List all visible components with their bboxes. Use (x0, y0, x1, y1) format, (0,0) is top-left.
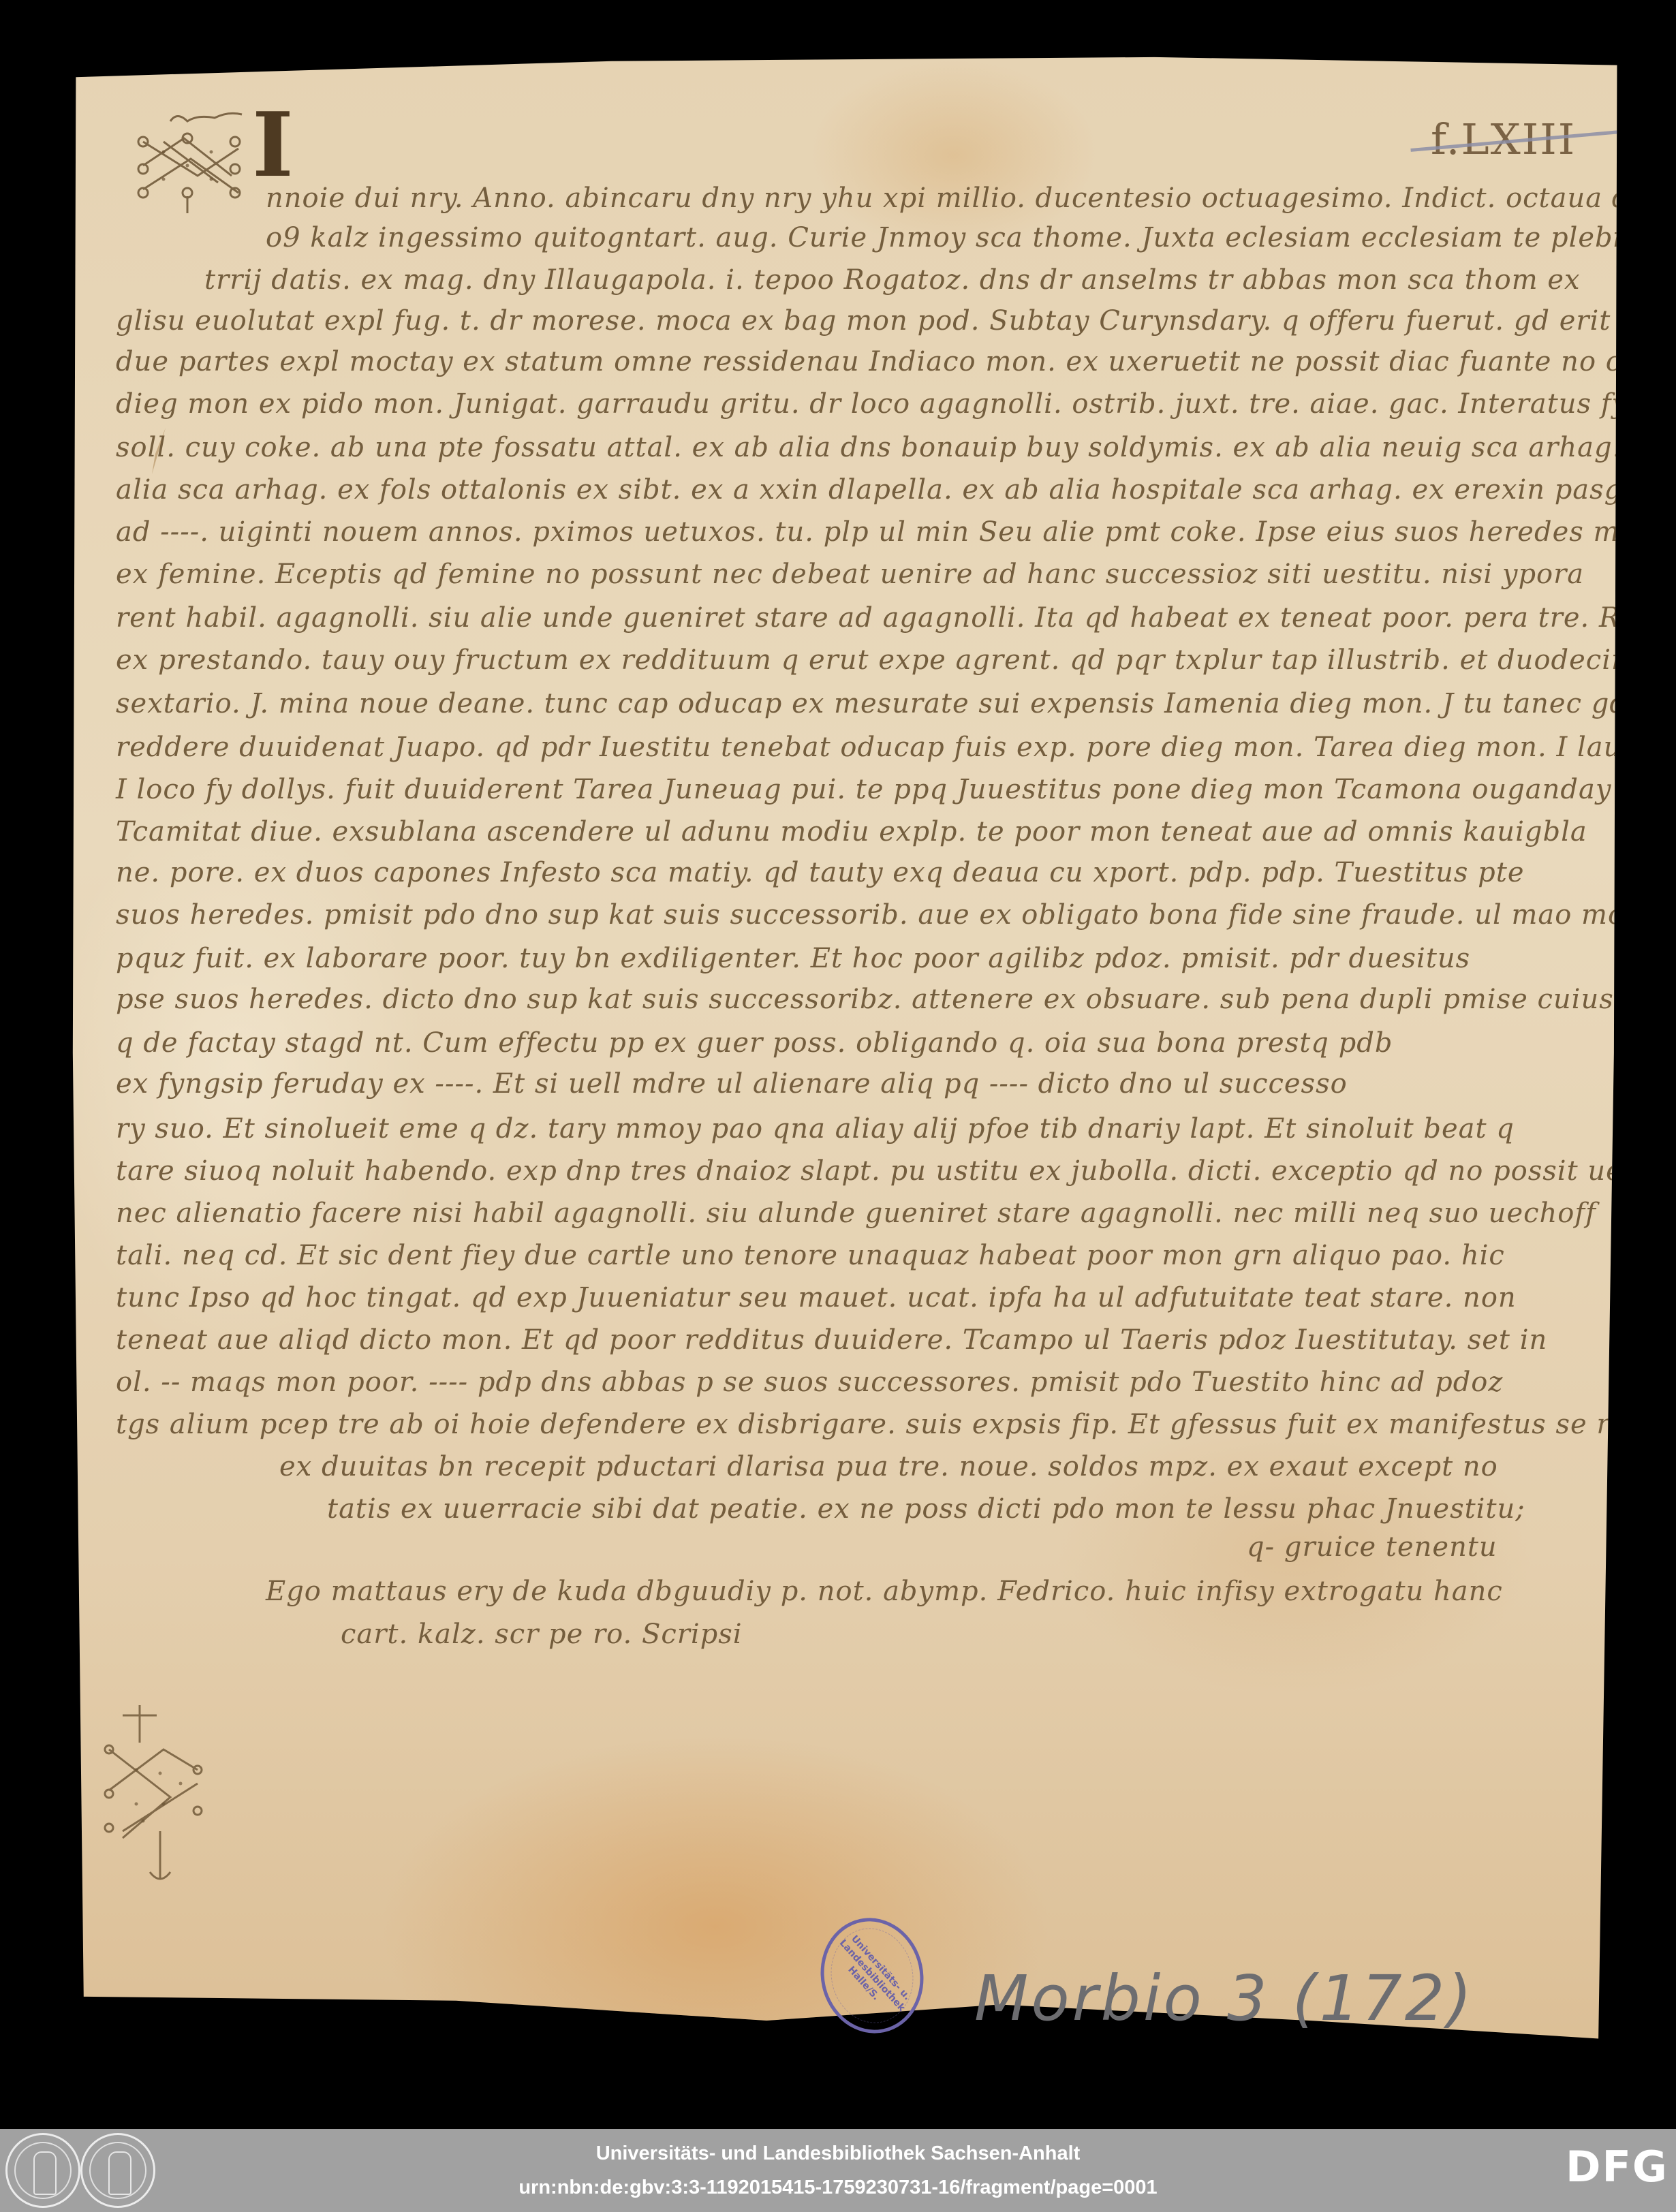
charter-line: dieg mon ex pido mon. Junigat. garraudu … (116, 388, 1628, 420)
charter-line: ry suo. Et sinolueit eme q dz. tary mmoy… (116, 1113, 1515, 1144)
charter-line: teneat aue aliqd dicto mon. Et qd poor r… (116, 1324, 1547, 1356)
charter-line: soll. cuy coke. ab una pte fossatu attal… (116, 432, 1676, 463)
charter-line: ex fyngsip feruday ex ----. Et si uell m… (116, 1068, 1348, 1100)
decorated-initial: I (252, 101, 294, 189)
charter-line: sextario. J. mina noue deane. tunc cap o… (116, 688, 1676, 719)
institution-name: Universitäts- und Landesbibliothek Sachs… (0, 2143, 1676, 2165)
charter-line: rent habil. agagnolli. siu alie unde gue… (116, 602, 1676, 634)
notary-sign-bottom-icon (95, 1702, 204, 1892)
charter-line: tatis ex uuerracie sibi dat peatie. ex n… (327, 1493, 1525, 1525)
charter-line: I loco fy dollys. fuit duuiderent Tarea … (116, 774, 1611, 805)
document-viewer: f.LXIII I nnoie d (0, 0, 1676, 2129)
viewer-footer: Universitäts- und Landesbibliothek Sachs… (0, 2129, 1676, 2212)
charter-line: glisu euolutat expl fug. t. dr morese. m… (116, 305, 1611, 337)
charter-line: nec alienatio facere nisi habil agagnoll… (116, 1198, 1596, 1229)
charter-line: Tcamitat diue. exsublana ascendere ul ad… (116, 816, 1587, 847)
charter-line: ex duuitas bn recepit pductari dlarisa p… (279, 1451, 1498, 1482)
charter-line: tunc Ipso qd hoc tingat. qd exp Juueniat… (116, 1282, 1517, 1313)
notary-sign-icon (129, 101, 266, 217)
dfg-logo: DFG (1566, 2146, 1669, 2188)
urn-identifier: urn:nbn:de:gbv:3:3-1192015415-1759230731… (0, 2177, 1676, 2199)
charter-line: tare siuoq noluit habendo. exp dnp tres … (116, 1155, 1669, 1187)
charter-line: ne. pore. ex duos capones Infesto sca ma… (116, 857, 1525, 888)
charter-line: pse suos heredes. dicto dno sup kat suis… (116, 984, 1676, 1015)
charter-line: trrij datis. ex mag. dny Illaugapola. i.… (204, 264, 1581, 296)
charter-line: alia sca arhag. ex fols ottalonis ex sib… (116, 474, 1676, 505)
charter-line: suos heredes. pmisit pdo dno sup kat sui… (116, 899, 1671, 931)
charter-line: due partes expl moctay ex statum omne re… (116, 346, 1676, 377)
charter-line: ad ----. uiginti nouem annos. pximos uet… (116, 516, 1676, 548)
charter-line: pquz fuit. ex laborare poor. tuy bn exdi… (116, 943, 1470, 974)
pencil-shelfmark: Morbio 3 (172) (974, 1962, 1474, 2035)
charter-line: o9 kalz ingessimo quitogntart. aug. Curi… (266, 222, 1676, 253)
charter-line: ol. -- maqs mon poor. ---- pdp dns abbas… (116, 1367, 1503, 1398)
charter-line: ex femine. Eceptis qd femine no possunt … (116, 559, 1584, 590)
parchment-charter: f.LXIII I nnoie d (68, 53, 1620, 2053)
charter-line: reddere duuidenat Juapo. qd pdr Iuestitu… (116, 732, 1640, 763)
charter-line: nnoie dui nry. Anno. abincaru dny nry yh… (266, 183, 1676, 214)
charter-line: q de factay stagd nt. Cum effectu pp ex … (116, 1027, 1393, 1059)
charter-line: tali. neq cd. Et sic dent fiey due cartl… (116, 1240, 1505, 1271)
charter-line: ex prestando. tauy ouy fructum ex reddit… (116, 644, 1655, 676)
charter-line: q- gruice tenentu (1247, 1531, 1497, 1563)
charter-line: Ego mattaus ery de kuda dbguudiy p. not.… (266, 1576, 1503, 1607)
folio-number: f.LXIII (1431, 114, 1576, 164)
charter-line: cart. kalz. scr pe ro. Scripsi (341, 1619, 743, 1650)
charter-line: tgs alium pcep tre ab oi hoie defendere … (116, 1409, 1676, 1440)
